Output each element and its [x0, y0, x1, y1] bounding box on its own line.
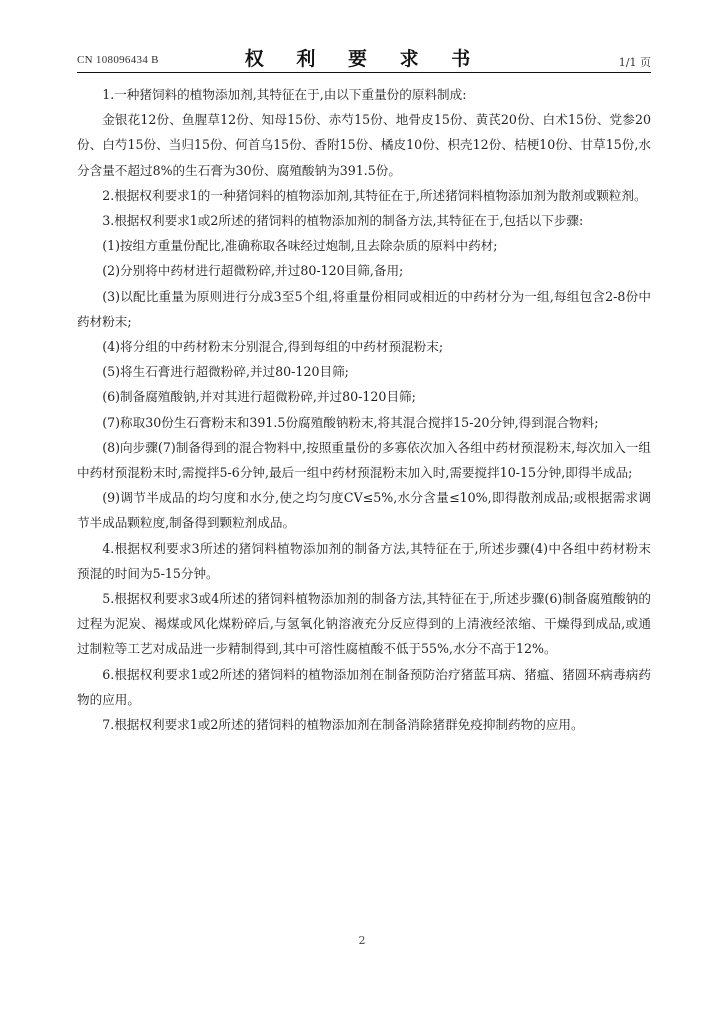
page-number: 2	[0, 934, 724, 947]
claim-3-intro: 3.根据权利要求1或2所述的猪饲料的植物添加剂的制备方法,其特征在于,包括以下步…	[77, 208, 651, 233]
claim-3-step-2: (2)分别将中药材进行超微粉碎,并过80-120目筛,备用;	[77, 258, 651, 283]
claim-3-step-9: (9)调节半成品的均匀度和水分,使之均匀度CV≤5%,水分含量≤10%,即得散剂…	[77, 485, 651, 535]
claim-6: 6.根据权利要求1或2所述的猪饲料的植物添加剂在制备预防治疗猪蓝耳病、猪瘟、猪圆…	[77, 662, 651, 712]
claim-3-step-5: (5)将生石膏进行超微粉碎,并过80-120目筛;	[77, 359, 651, 384]
document-title: 权 利 要 求 书	[77, 44, 651, 71]
claim-1-intro: 1.一种猪饲料的植物添加剂,其特征在于,由以下重量份的原料制成:	[77, 82, 651, 107]
claim-7: 7.根据权利要求1或2所述的猪饲料的植物添加剂在制备消除猪群免疫抑制药物的应用。	[77, 712, 651, 737]
claim-2: 2.根据权利要求1的一种猪饲料的植物添加剂,其特征在于,所述猪饲料植物添加剂为散…	[77, 183, 651, 208]
claim-3-step-7: (7)称取30份生石膏粉末和391.5份腐殖酸钠粉末,将其混合搅拌15-20分钟…	[77, 410, 651, 435]
claim-3-step-4: (4)将分组的中药材粉末分别混合,得到每组的中药材预混粉末;	[77, 334, 651, 359]
claim-3-step-1: (1)按组方重量份配比,准确称取各味经过炮制,且去除杂质的原料中药材;	[77, 233, 651, 258]
claim-3-step-6: (6)制备腐殖酸钠,并对其进行超微粉碎,并过80-120目筛;	[77, 384, 651, 409]
page-header: CN 108096434 B 权 利 要 求 书 1/1 页	[77, 44, 651, 70]
page-indicator: 1/1 页	[619, 54, 651, 70]
claim-3-step-8: (8)向步骤(7)制备得到的混合物料中,按照重量份的多寡依次加入各组中药材预混粉…	[77, 435, 651, 485]
claim-1-ingredients: 金银花12份、鱼腥草12份、知母15份、赤芍15份、地骨皮15份、黄芪20份、白…	[77, 107, 651, 183]
claim-4: 4.根据权利要求3所述的猪饲料植物添加剂的制备方法,其特征在于,所述步骤(4)中…	[77, 536, 651, 586]
claims-body: 1.一种猪饲料的植物添加剂,其特征在于,由以下重量份的原料制成: 金银花12份、…	[77, 82, 651, 737]
claim-3-step-3: (3)以配比重量为原则进行分成3至5个组,将重量份相同或相近的中药材分为一组,每…	[77, 284, 651, 334]
claim-5: 5.根据权利要求3或4所述的猪饲料植物添加剂的制备方法,其特征在于,所述步骤(6…	[77, 586, 651, 662]
header-rule	[77, 72, 651, 73]
